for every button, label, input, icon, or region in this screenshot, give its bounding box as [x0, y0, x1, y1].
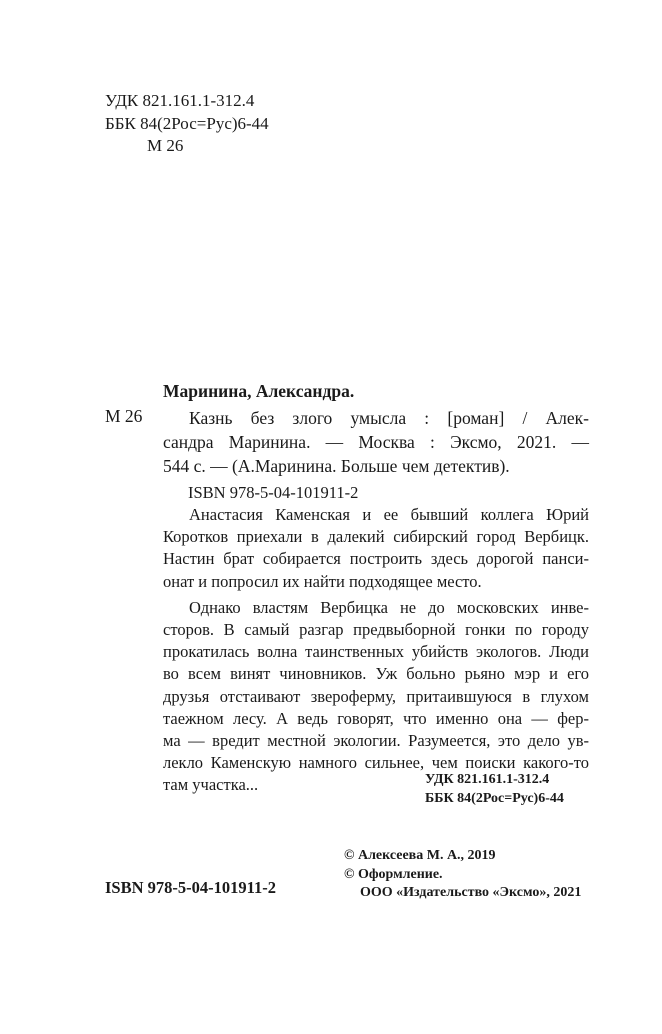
annotation-line: сторов. В самый разгар предвыборной гонк… — [163, 619, 589, 641]
annotation-line: во всем винят чиновников. Уж больно рьян… — [163, 663, 589, 685]
author-mark-side: М 26 — [105, 406, 142, 427]
copyright-author: © Алексеева М. А., 2019 — [344, 847, 581, 866]
biblio-line: 544 с. — (А.Маринина. Больше чем детекти… — [163, 454, 589, 478]
copyright-publisher: ООО «Издательство «Эксмо», 2021 — [344, 884, 581, 903]
annotation-paragraph: Анастасия Каменская и ее бывший коллега … — [163, 504, 589, 593]
bibliographic-description: Казнь без злого умысла : [роман] / Алек-… — [163, 406, 589, 478]
annotation-line: Коротков приехали в далекий сибирский го… — [163, 526, 589, 548]
biblio-line: сандра Маринина. — Москва : Эксмо, 2021.… — [163, 430, 589, 454]
footer-isbn: ISBN 978-5-04-101911-2 — [105, 878, 276, 898]
annotation-paragraph: Однако властям Вербицка не до московских… — [163, 597, 589, 797]
copyright-design: © Оформление. — [344, 866, 581, 885]
biblio-line: Казнь без злого умысла : [роман] / Алек- — [163, 406, 589, 430]
isbn-record: ISBN 978-5-04-101911-2 — [188, 483, 358, 503]
author-mark: М 26 — [105, 135, 269, 158]
annotation-line: прокатилась волна таинственных убийств э… — [163, 641, 589, 663]
annotation-line: Анастасия Каменская и ее бывший коллега … — [163, 504, 589, 526]
bbk-code: ББК 84(2Рос=Рус)6-44 — [105, 113, 269, 136]
footer-udk: УДК 821.161.1-312.4 — [425, 770, 564, 789]
copyright-block: © Алексеева М. А., 2019 © Оформление. ОО… — [344, 847, 581, 903]
annotation-line: друзья отстаивают звероферму, притаившую… — [163, 686, 589, 708]
annotation-line: онат и попросил их найти подходящее мест… — [163, 571, 589, 593]
annotation: Анастасия Каменская и ее бывший коллега … — [163, 504, 589, 801]
footer-bbk: ББК 84(2Рос=Рус)6-44 — [425, 789, 564, 808]
classification-block: УДК 821.161.1-312.4 ББК 84(2Рос=Рус)6-44… — [105, 90, 269, 158]
annotation-line: Однако властям Вербицка не до московских… — [163, 597, 589, 619]
footer-indexes: УДК 821.161.1-312.4 ББК 84(2Рос=Рус)6-44 — [425, 770, 564, 808]
annotation-line: Настин брат собирается построить здесь д… — [163, 548, 589, 570]
udk-code: УДК 821.161.1-312.4 — [105, 90, 269, 113]
annotation-line: ма — вредит местной экологии. Разумеется… — [163, 730, 589, 752]
annotation-line: таежном лесу. А ведь говорят, что именно… — [163, 708, 589, 730]
author-heading: Маринина, Александра. — [163, 381, 354, 402]
